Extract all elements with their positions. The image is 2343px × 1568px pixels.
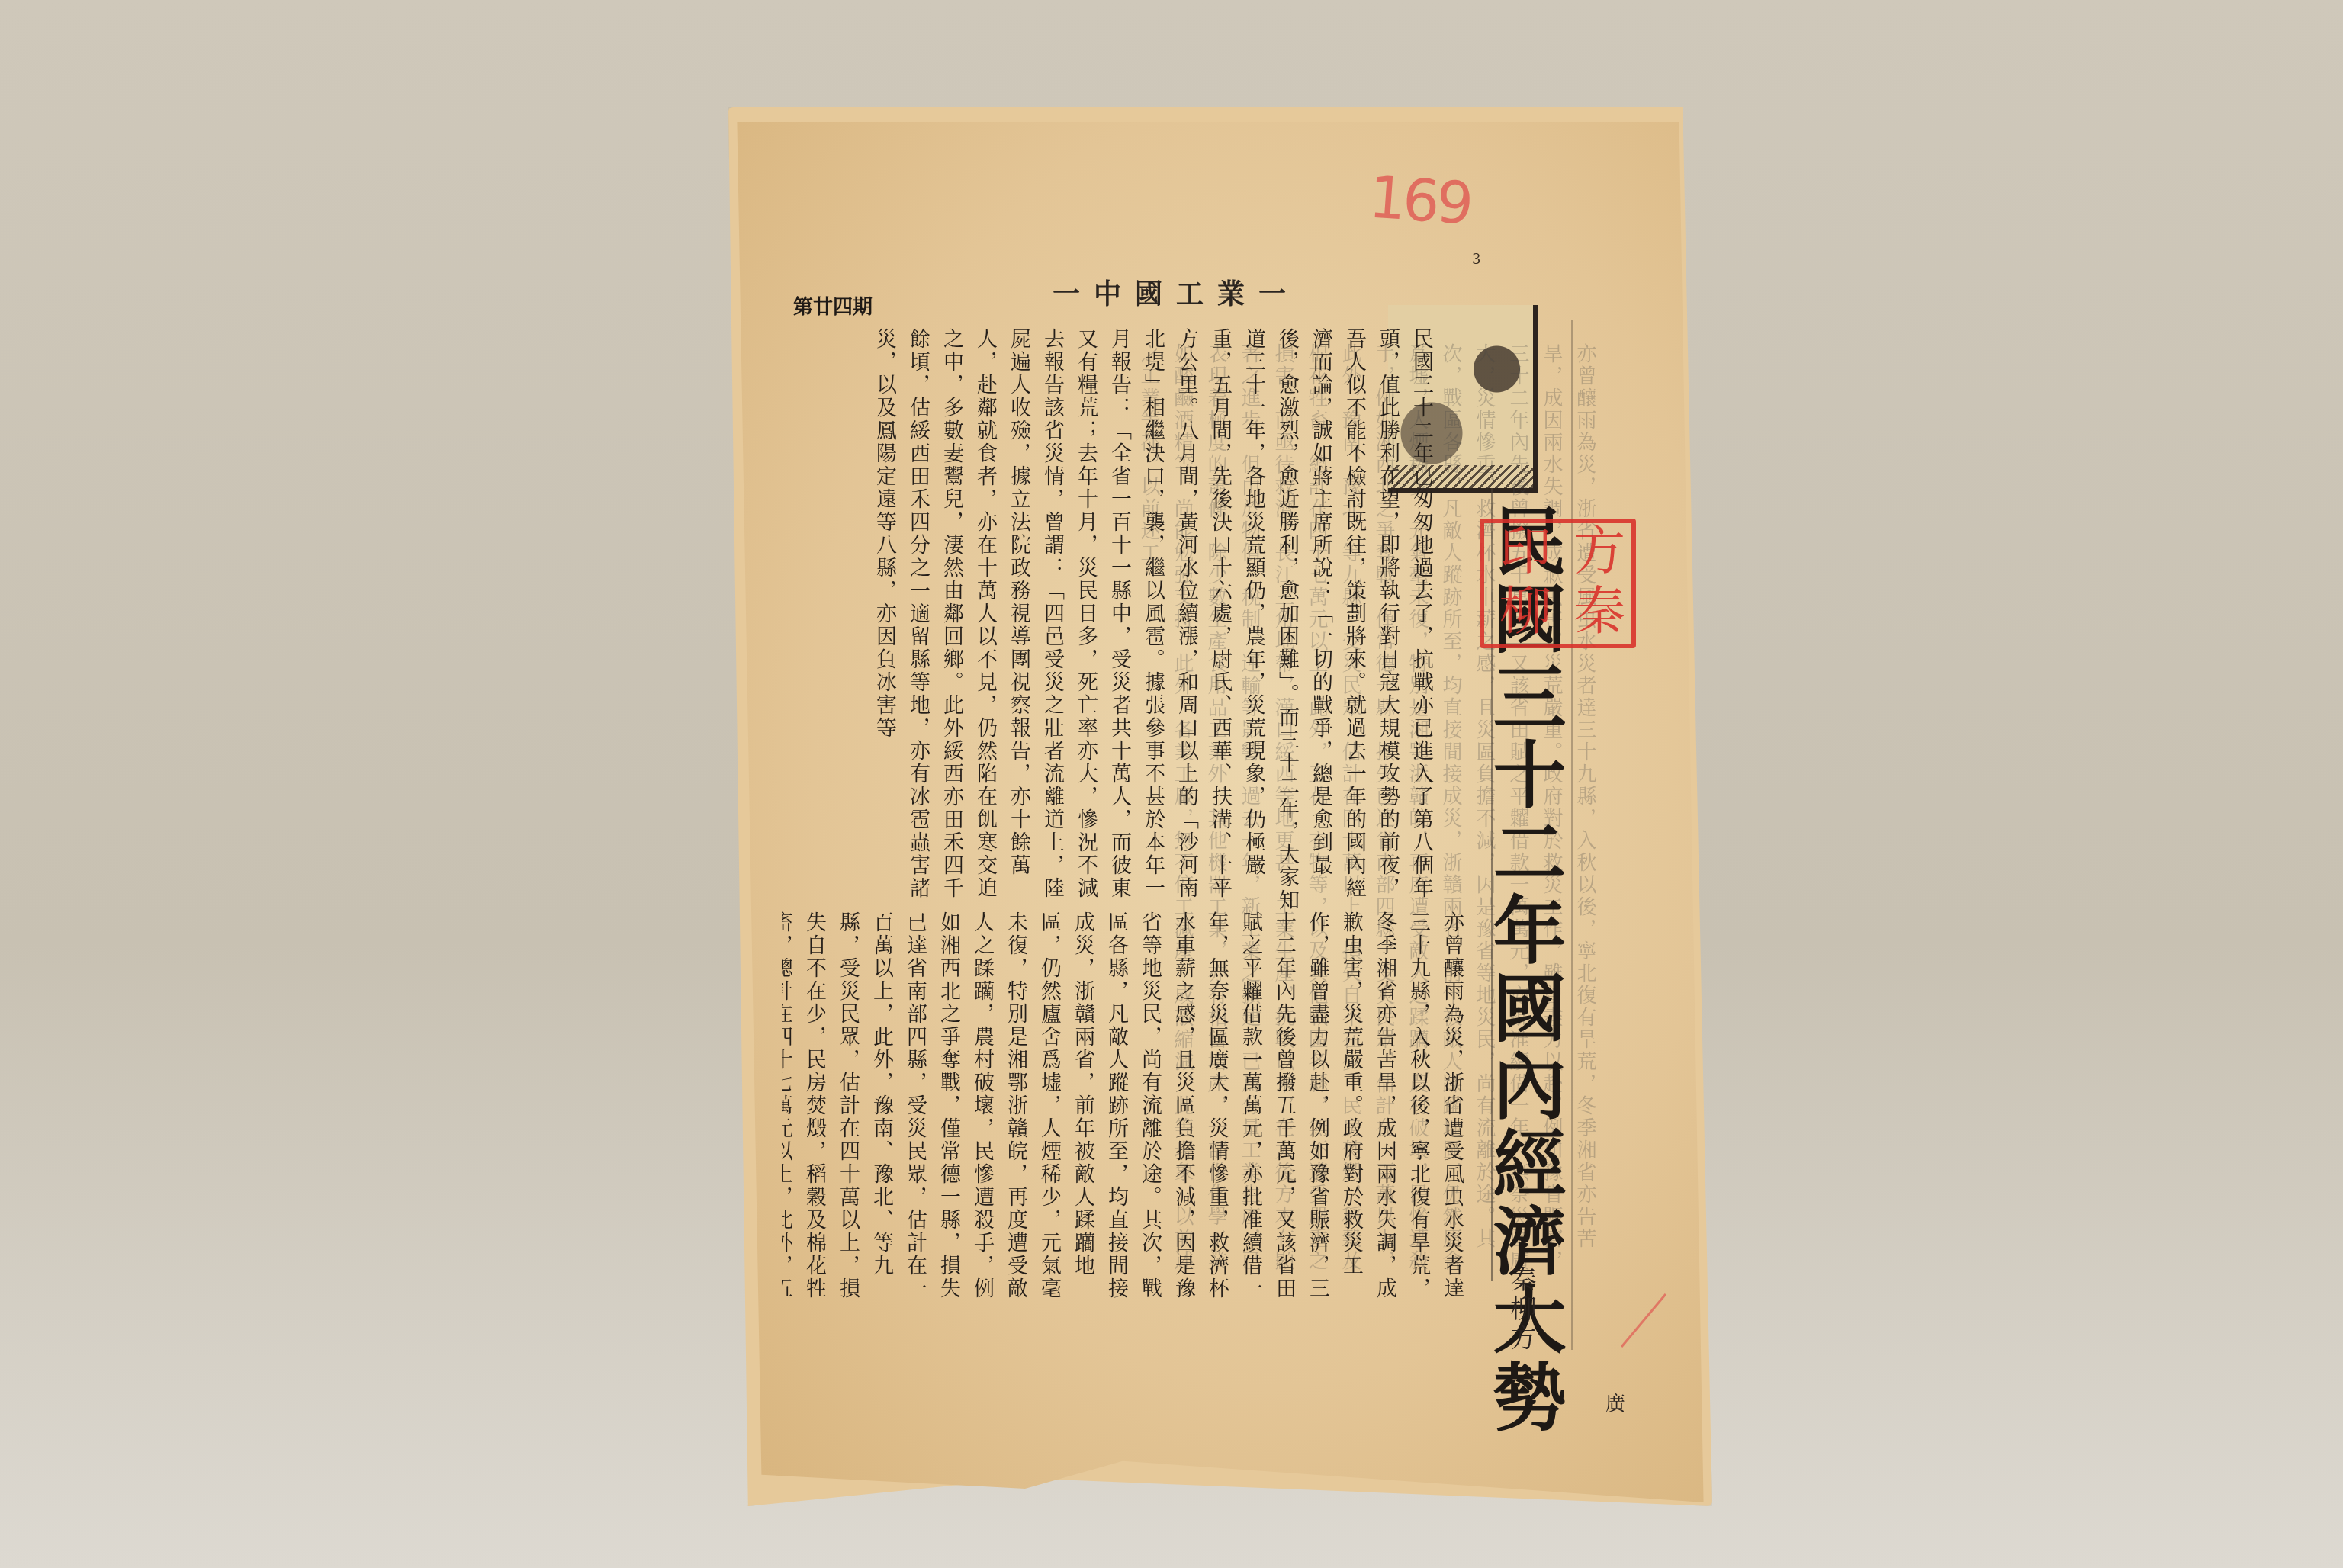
issue-number: 第廿四期 [793, 291, 873, 320]
seal-text-right: 秦柳 [1484, 583, 1632, 644]
article-body-lower: 亦曾釀雨為災，浙省遭受風虫水災者達三十九縣，入秋以後，寧北復有旱荒，冬季湘省亦告… [782, 911, 1468, 1308]
handwritten-page-number: 169 [1367, 162, 1473, 237]
page-number: 3 [1472, 252, 1480, 268]
journal-header: 一中國工業一 [1053, 273, 1300, 312]
bottom-margin-mark: 廣 [1605, 1388, 1625, 1416]
article-body-upper: 民國三十二年已匆匆地過去了，抗戰亦已進入了第八個年頭，值此勝利在望，即將執行對日… [782, 328, 1438, 915]
author-name: 秦柳方 [1503, 1266, 1540, 1353]
seal-text-left: 方印 [1484, 523, 1632, 583]
red-seal-stamp: 秦柳 方印 [1480, 519, 1636, 648]
